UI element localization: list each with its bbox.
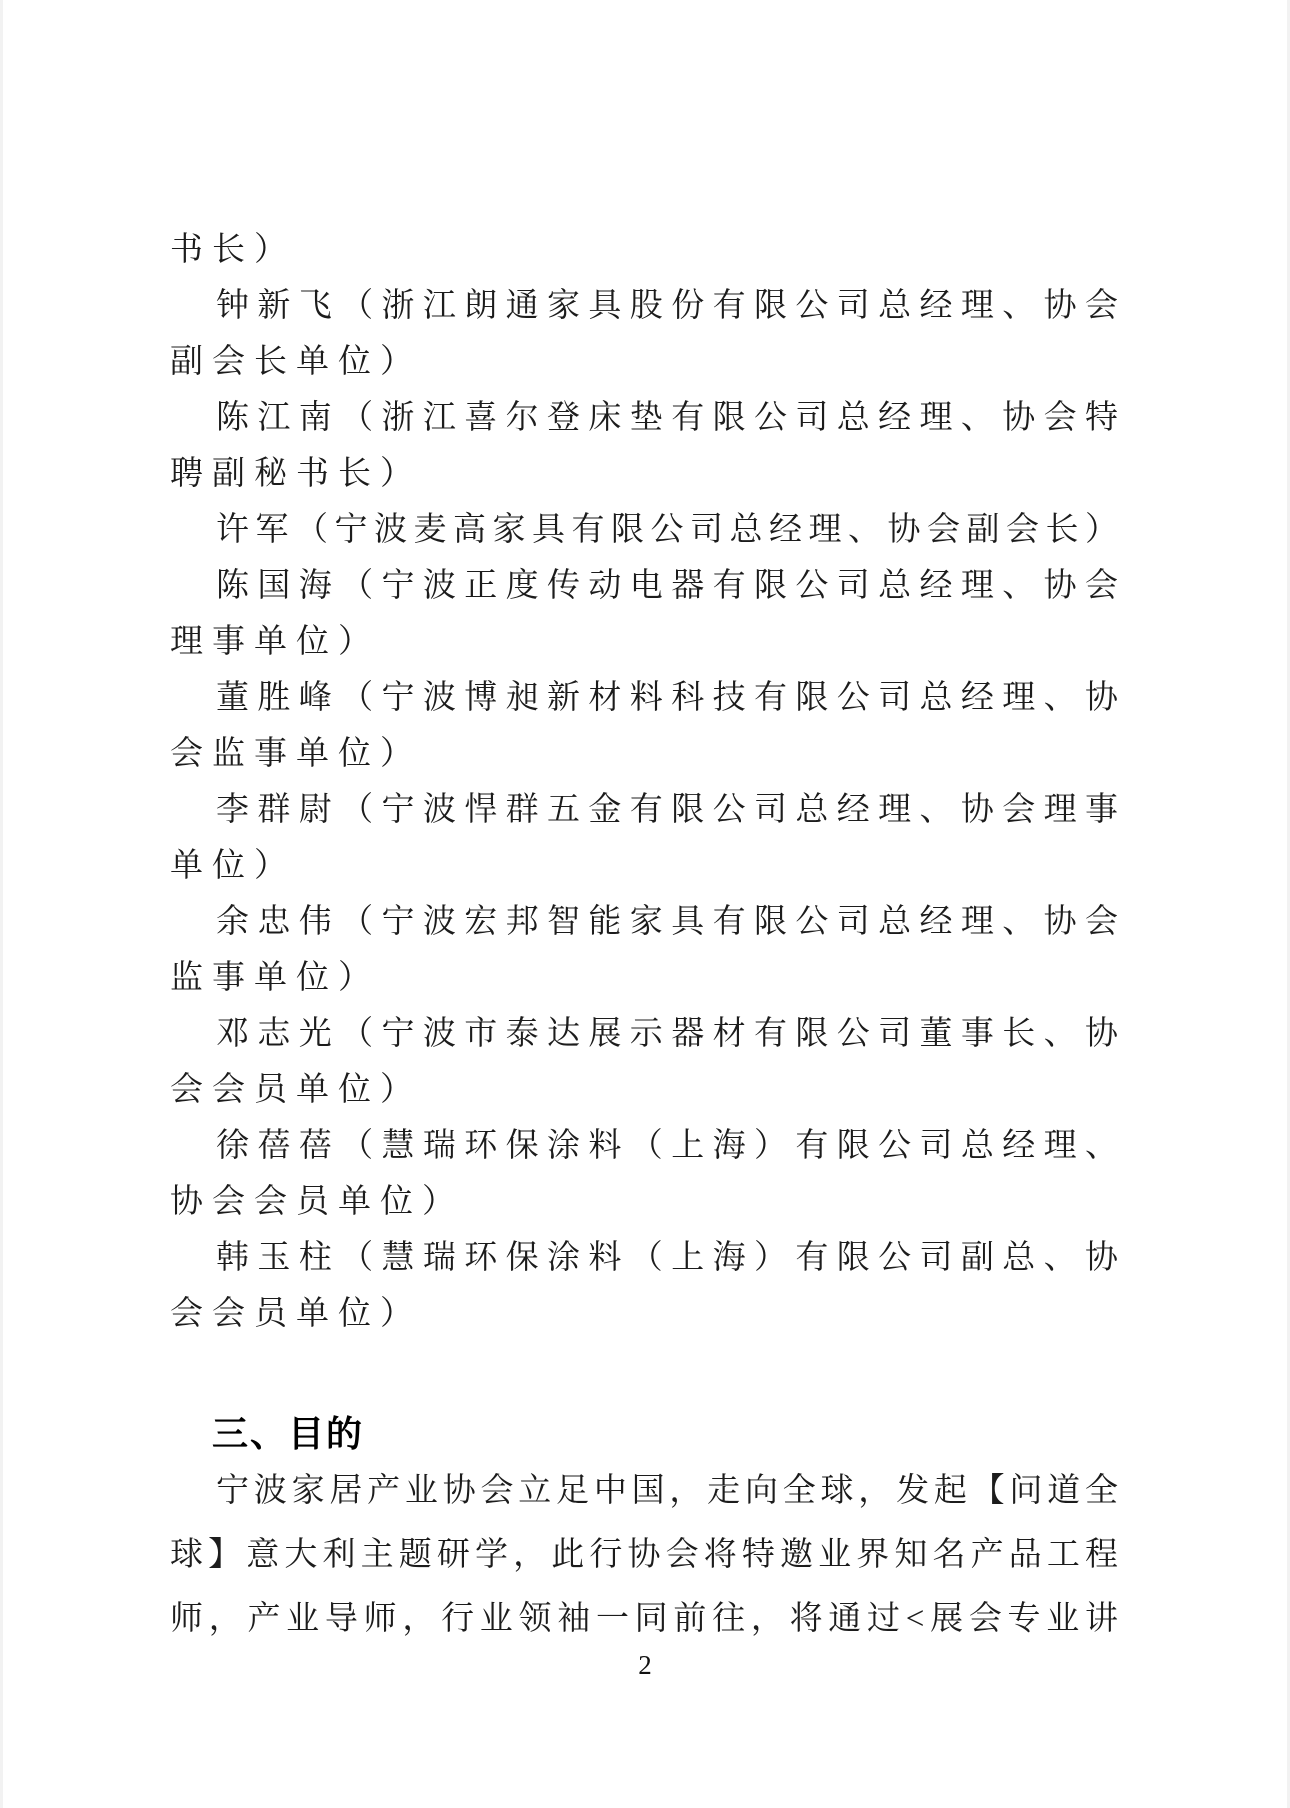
section-heading: 三、目的 [212, 1406, 364, 1457]
member-line: 董胜峰（宁波博昶新材料科技有限公司总经理、协 [170, 670, 1120, 726]
member-line: 陈国海（宁波正度传动电器有限公司总经理、协会 [170, 558, 1120, 614]
member-line: 会会员单位） [170, 1062, 1120, 1118]
member-list: 书长）钟新飞（浙江朗通家具股份有限公司总经理、协会副会长单位）陈江南（浙江喜尔登… [170, 222, 1120, 1342]
member-line: 会监事单位） [170, 726, 1120, 782]
member-line: 余忠伟（宁波宏邦智能家具有限公司总经理、协会 [170, 894, 1120, 950]
member-line: 邓志光（宁波市泰达展示器材有限公司董事长、协 [170, 1006, 1120, 1062]
member-line: 许军（宁波麦高家具有限公司总经理、协会副会长） [170, 502, 1120, 558]
member-line: 单位） [170, 838, 1120, 894]
member-line: 监事单位） [170, 950, 1120, 1006]
member-line: 钟新飞（浙江朗通家具股份有限公司总经理、协会 [170, 278, 1120, 334]
purpose-paragraph: 宁波家居产业协会立足中国，走向全球，发起【问道全球】意大利主题研学，此行协会将特… [170, 1459, 1120, 1651]
paragraph-line: 师，产业导师，行业领袖一同前往，将通过<展会专业讲 [170, 1587, 1120, 1651]
page-number: 2 [0, 1650, 1290, 1681]
member-line: 会会员单位） [170, 1286, 1120, 1342]
member-line: 书长） [170, 222, 1120, 278]
member-line: 李群尉（宁波悍群五金有限公司总经理、协会理事 [170, 782, 1120, 838]
member-line: 协会会员单位） [170, 1174, 1120, 1230]
member-line: 理事单位） [170, 614, 1120, 670]
member-line: 徐蓓蓓（慧瑞环保涂料（上海）有限公司总经理、 [170, 1118, 1120, 1174]
paragraph-line: 宁波家居产业协会立足中国，走向全球，发起【问道全 [170, 1459, 1120, 1523]
paragraph-line: 球】意大利主题研学，此行协会将特邀业界知名产品工程 [170, 1523, 1120, 1587]
document-page: 书长）钟新飞（浙江朗通家具股份有限公司总经理、协会副会长单位）陈江南（浙江喜尔登… [0, 0, 1290, 1808]
member-line: 副会长单位） [170, 334, 1120, 390]
member-line: 聘副秘书长） [170, 446, 1120, 502]
member-line: 韩玉柱（慧瑞环保涂料（上海）有限公司副总、协 [170, 1230, 1120, 1286]
member-line: 陈江南（浙江喜尔登床垫有限公司总经理、协会特 [170, 390, 1120, 446]
